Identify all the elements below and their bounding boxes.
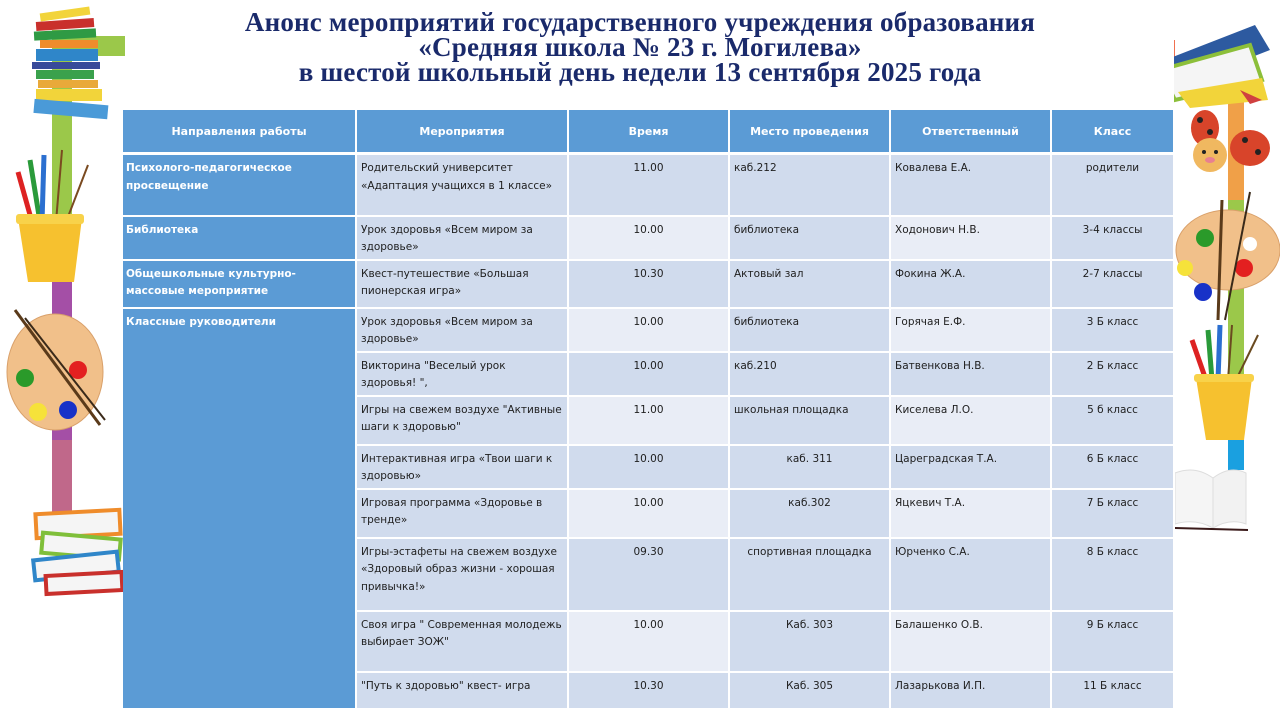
header-event: Мероприятия bbox=[356, 110, 568, 154]
cell-direction: Общешкольные культурно-массовые мероприя… bbox=[123, 260, 356, 308]
table-row: Классные руководители Урок здоровья «Все… bbox=[123, 308, 1174, 352]
cell-place: библиотека bbox=[729, 308, 890, 352]
cell-responsible: Лазарькова И.П. bbox=[890, 672, 1051, 709]
books-pile-icon bbox=[33, 510, 122, 594]
header-responsible: Ответственный bbox=[890, 110, 1051, 154]
header-direction: Направления работы bbox=[123, 110, 356, 154]
cell-responsible: Яцкевич Т.А. bbox=[890, 489, 1051, 538]
table-row: Психолого-педагогическое просвещение Род… bbox=[123, 154, 1174, 216]
header-place: Место проведения bbox=[729, 110, 890, 154]
cell-event: Игровая программа «Здоровье в тренде» bbox=[356, 489, 568, 538]
cell-place: Актовый зал bbox=[729, 260, 890, 308]
cell-event: Интерактивная игра «Твои шаги к здоровью… bbox=[356, 445, 568, 489]
events-table: Направления работы Мероприятия Время Мес… bbox=[123, 110, 1175, 710]
cell-place: каб.212 bbox=[729, 154, 890, 216]
cell-place: спортивная площадка bbox=[729, 538, 890, 611]
left-decoration bbox=[0, 0, 125, 720]
cell-class: 11 Б класс bbox=[1051, 672, 1174, 709]
cell-event: Родительский университет «Адаптация учащ… bbox=[356, 154, 568, 216]
cell-place: каб. 311 bbox=[729, 445, 890, 489]
header-time: Время bbox=[568, 110, 729, 154]
cell-class: 3 Б класс bbox=[1051, 308, 1174, 352]
cell-event: Своя игра " Современная молодежь выбирае… bbox=[356, 611, 568, 672]
cell-class: 5 б класс bbox=[1051, 396, 1174, 445]
cell-direction: Психолого-педагогическое просвещение bbox=[123, 154, 356, 216]
cell-time: 10.30 bbox=[568, 260, 729, 308]
page-title: Анонс мероприятий государственного учреж… bbox=[150, 10, 1130, 85]
cell-time: 11.00 bbox=[568, 396, 729, 445]
cell-place: каб.210 bbox=[729, 352, 890, 396]
cell-class: 6 Б класс bbox=[1051, 445, 1174, 489]
cell-time: 10.00 bbox=[568, 489, 729, 538]
cell-class: 2-7 классы bbox=[1051, 260, 1174, 308]
cell-time: 10.00 bbox=[568, 611, 729, 672]
table-header-row: Направления работы Мероприятия Время Мес… bbox=[123, 110, 1174, 154]
cell-event: "Путь к здоровью" квест- игра bbox=[356, 672, 568, 709]
cell-responsible: Горячая Е.Ф. bbox=[890, 308, 1051, 352]
cell-class: 3-4 классы bbox=[1051, 216, 1174, 260]
cell-event: Викторина "Веселый урок здоровья! ", bbox=[356, 352, 568, 396]
cell-time: 10.30 bbox=[568, 672, 729, 709]
paint-palette-icon bbox=[1176, 192, 1280, 320]
cell-responsible: Балашенко О.В. bbox=[890, 611, 1051, 672]
cell-time: 10.00 bbox=[568, 352, 729, 396]
cell-time: 10.00 bbox=[568, 308, 729, 352]
cell-class: 2 Б класс bbox=[1051, 352, 1174, 396]
cell-place: каб.302 bbox=[729, 489, 890, 538]
cell-place: библиотека bbox=[729, 216, 890, 260]
cell-time: 10.00 bbox=[568, 216, 729, 260]
cell-place: школьная площадка bbox=[729, 396, 890, 445]
cell-responsible: Батвенкова Н.В. bbox=[890, 352, 1051, 396]
cell-event: Урок здоровья «Всем миром за здоровье» bbox=[356, 308, 568, 352]
cell-class: 9 Б класс bbox=[1051, 611, 1174, 672]
cell-event: Игры на свежем воздухе "Активные шаги к … bbox=[356, 396, 568, 445]
cell-time: 09.30 bbox=[568, 538, 729, 611]
cell-responsible: Ковалева Е.А. bbox=[890, 154, 1051, 216]
cell-responsible: Фокина Ж.А. bbox=[890, 260, 1051, 308]
cell-class: 8 Б класс bbox=[1051, 538, 1174, 611]
cell-event: Урок здоровья «Всем миром за здоровье» bbox=[356, 216, 568, 260]
cell-responsible: Юрченко С.А. bbox=[890, 538, 1051, 611]
cell-place: Каб. 305 bbox=[729, 672, 890, 709]
cell-direction: Библиотека bbox=[123, 216, 356, 260]
cell-responsible: Киселева Л.О. bbox=[890, 396, 1051, 445]
paint-palette-icon bbox=[7, 310, 105, 430]
open-book-icon bbox=[1175, 470, 1248, 530]
table-row: Общешкольные культурно-массовые мероприя… bbox=[123, 260, 1174, 308]
cell-responsible: Цареградская Т.А. bbox=[890, 445, 1051, 489]
pencil-cup-icon bbox=[1192, 325, 1258, 440]
table-row: Библиотека Урок здоровья «Всем миром за … bbox=[123, 216, 1174, 260]
books-stack-icon bbox=[1174, 25, 1270, 108]
cell-class: родители bbox=[1051, 154, 1174, 216]
title-line-3: в шестой школьный день недели 13 сентябр… bbox=[150, 60, 1130, 85]
cell-responsible: Ходонович Н.В. bbox=[890, 216, 1051, 260]
header-class: Класс bbox=[1051, 110, 1174, 154]
cell-time: 10.00 bbox=[568, 445, 729, 489]
cell-direction: Классные руководители bbox=[123, 308, 356, 709]
cell-place: Каб. 303 bbox=[729, 611, 890, 672]
books-stack-icon bbox=[32, 7, 108, 120]
cell-event: Игры-эстафеты на свежем воздухе «Здоровы… bbox=[356, 538, 568, 611]
cell-event: Квест-путешествие «Большая пионерская иг… bbox=[356, 260, 568, 308]
cell-time: 11.00 bbox=[568, 154, 729, 216]
right-decoration bbox=[1174, 0, 1280, 720]
cell-class: 7 Б класс bbox=[1051, 489, 1174, 538]
